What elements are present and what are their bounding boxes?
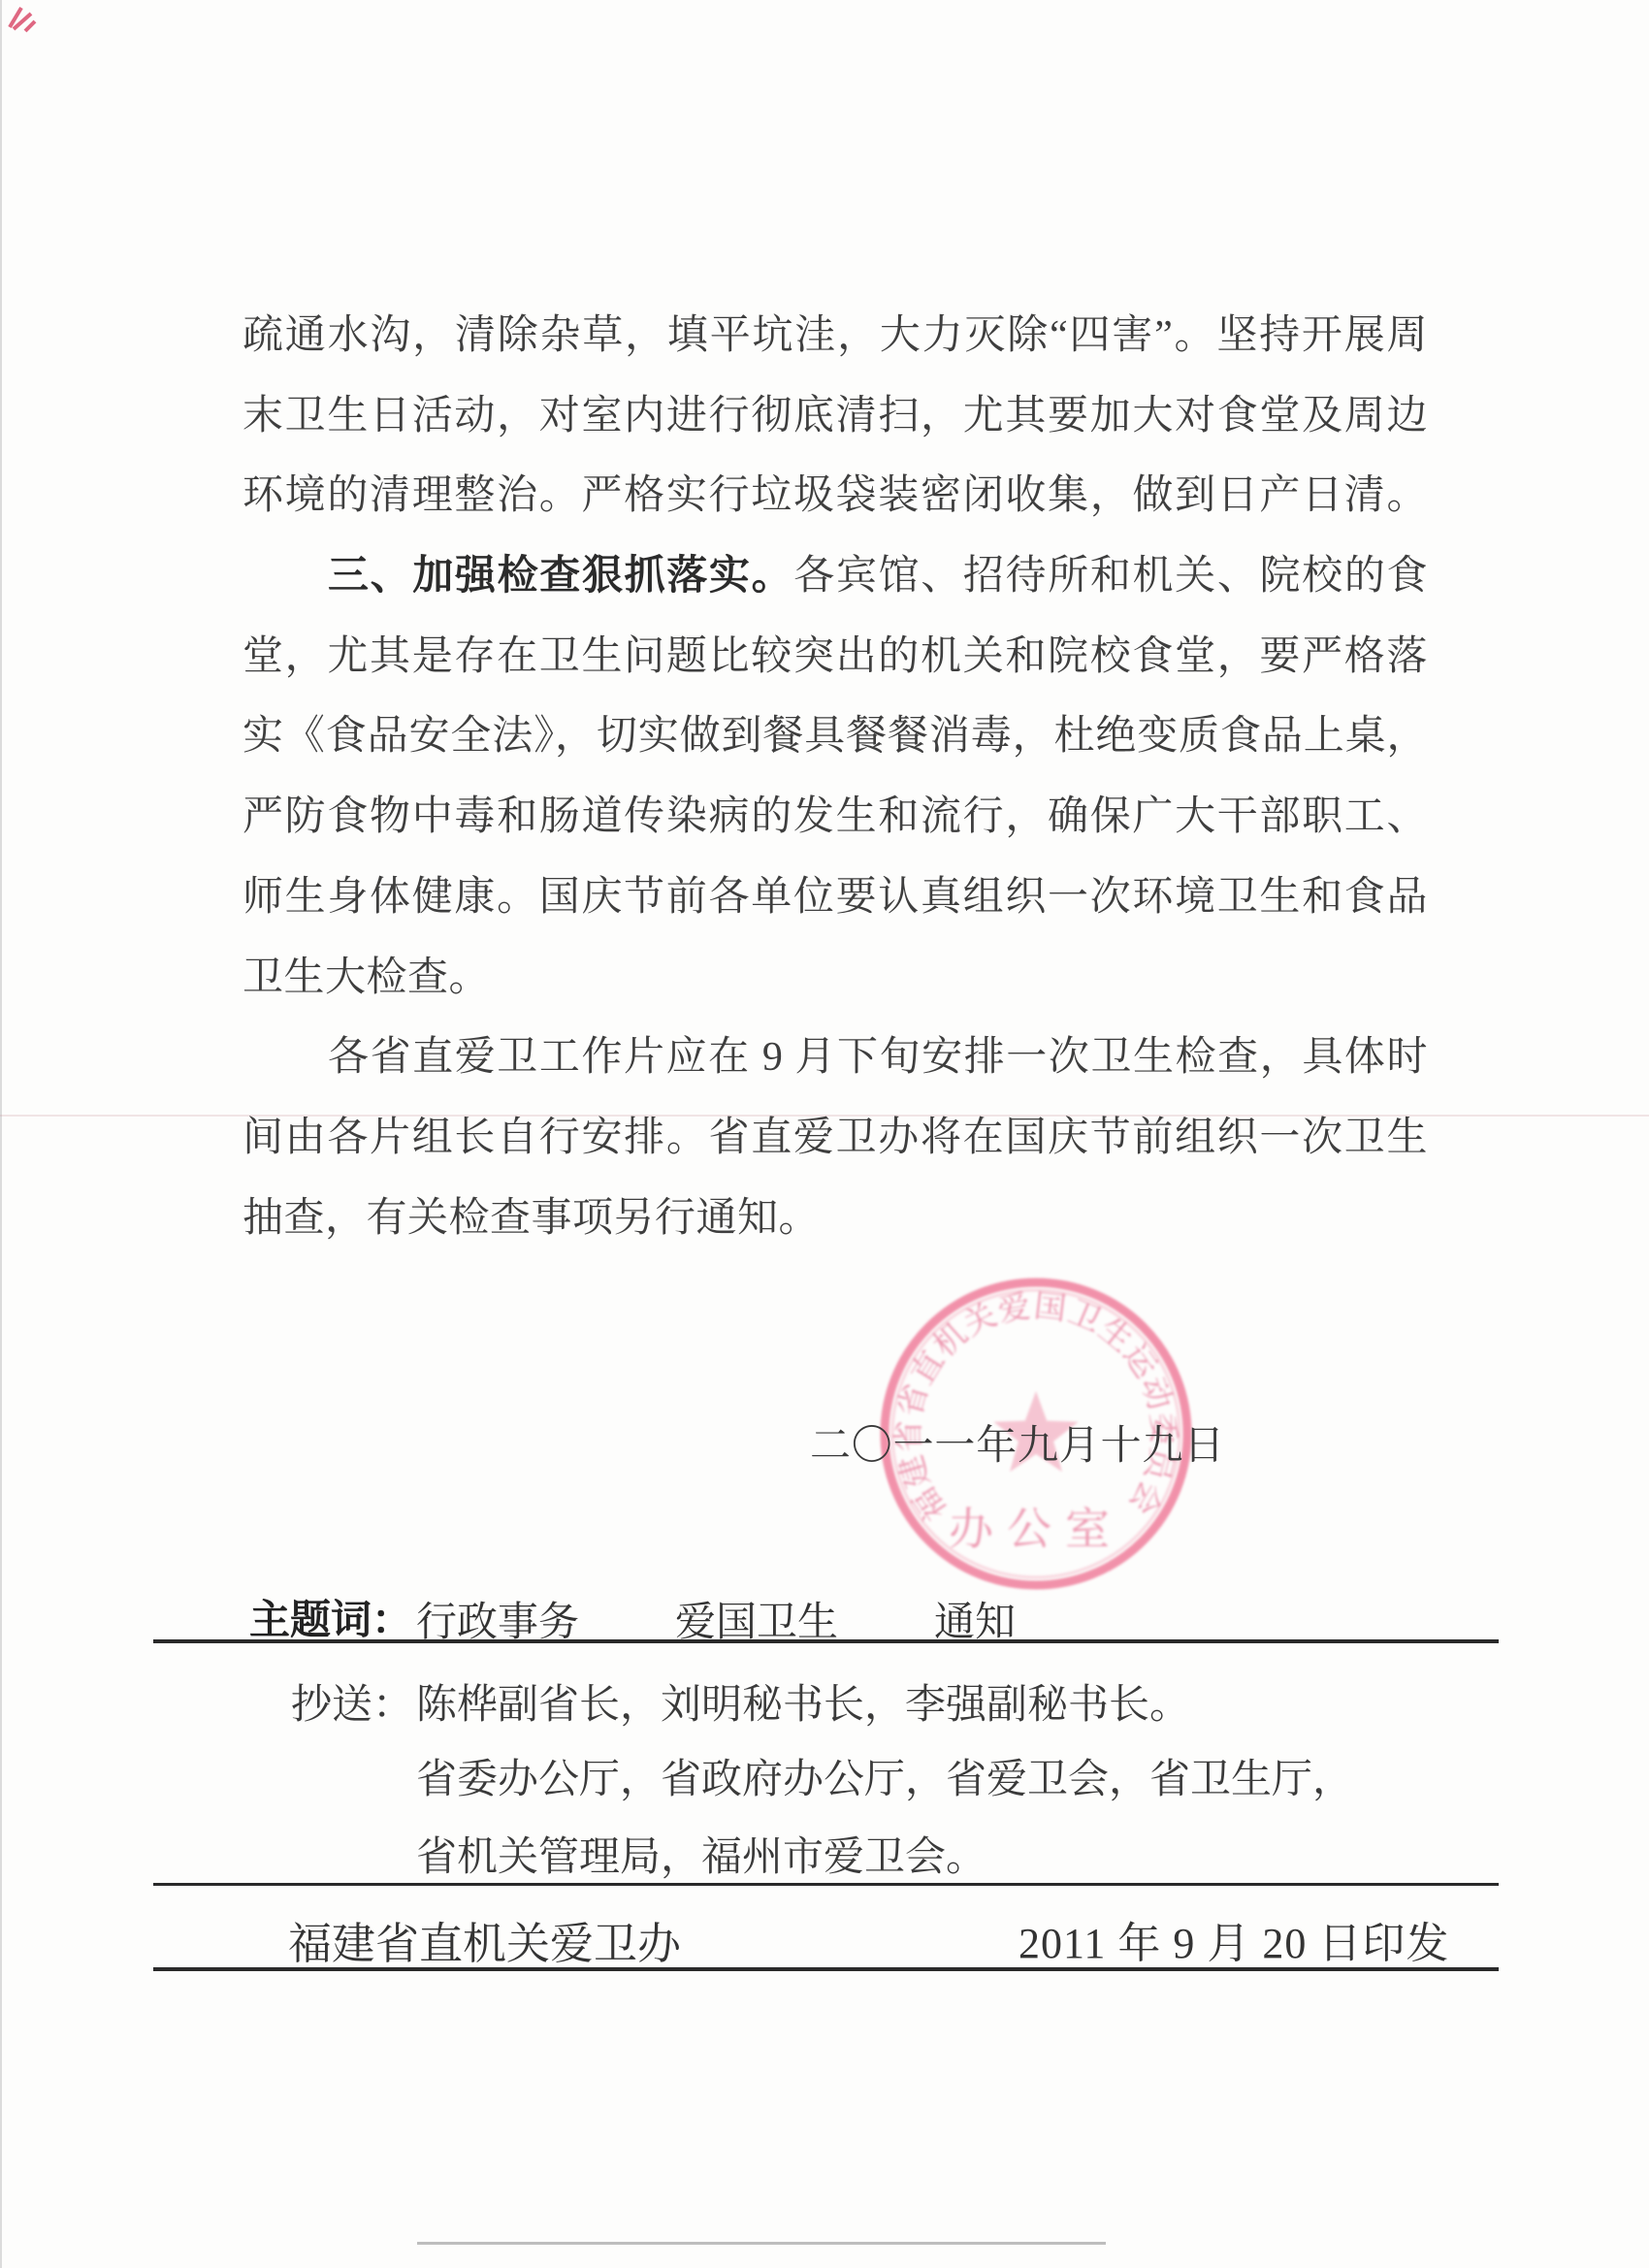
body-line: 各省直爱卫工作片应在 9 月下旬安排一次卫生检查，具体时 bbox=[242, 1018, 1428, 1098]
subject-keyword: 通知 bbox=[934, 1601, 1016, 1645]
section-heading-rest: 各宾馆、招待所和机关、院校的食 bbox=[793, 554, 1428, 599]
cc-line: 省机关管理局，福州市爱卫会。 bbox=[416, 1835, 986, 1880]
section-heading-bold: 三、加强检查狠抓落实。 bbox=[328, 554, 793, 599]
signature-date: 二〇一一年九月十九日 bbox=[810, 1424, 1225, 1469]
body-line-section-heading: 三、加强检查狠抓落实。各宾馆、招待所和机关、院校的食 bbox=[242, 536, 1428, 617]
seal-office-text: 办公室 bbox=[949, 1505, 1123, 1554]
scan-edge-artifact bbox=[0, 0, 2, 2268]
body-line: 卫生大检查。 bbox=[242, 938, 1428, 1019]
body-line: 间由各片组长自行安排。省直爱卫办将在国庆节前组织一次卫生 bbox=[242, 1098, 1428, 1179]
horizontal-rule bbox=[153, 1883, 1499, 1886]
subject-keyword: 爱国卫生 bbox=[675, 1601, 838, 1645]
body-line: 严防食物中毒和肠道传染病的发生和流行，确保广大干部职工、 bbox=[242, 777, 1428, 858]
body-line: 疏通水沟，清除杂草，填平坑洼，大力灭除“四害”。坚持开展周 bbox=[242, 296, 1428, 376]
cc-label: 抄送： bbox=[291, 1683, 413, 1728]
cc-line: 省委办公厅，省政府办公厅，省爱卫会，省卫生厅， bbox=[416, 1758, 1353, 1802]
red-ink-artifact bbox=[6, 4, 39, 33]
document-body: 疏通水沟，清除杂草，填平坑洼，大力灭除“四害”。坚持开展周 末卫生日活动，对室内… bbox=[242, 296, 1428, 1258]
body-line: 抽查，有关检查事项另行通知。 bbox=[242, 1179, 1428, 1259]
body-line: 实《食品安全法》，切实做到餐具餐餐消毒，杜绝变质食品上桌， bbox=[242, 697, 1428, 777]
body-line: 师生身体健康。国庆节前各单位要认真组织一次环境卫生和食品 bbox=[242, 858, 1428, 938]
subject-keyword: 行政事务 bbox=[416, 1601, 579, 1645]
body-line: 末卫生日活动，对室内进行彻底清扫，尤其要加大对食堂及周边 bbox=[242, 376, 1428, 457]
scan-bottom-line-artifact bbox=[417, 2242, 1106, 2245]
cc-line: 陈桦副省长，刘明秘书长，李强副秘书长。 bbox=[416, 1683, 1190, 1728]
horizontal-rule bbox=[153, 1967, 1499, 1971]
issuing-office: 福建省直机关爱卫办 bbox=[288, 1921, 681, 1969]
scanned-document-page: 疏通水沟，清除杂草，填平坑洼，大力灭除“四害”。坚持开展周 末卫生日活动，对室内… bbox=[0, 0, 1649, 2268]
subject-keywords-label: 主题词： bbox=[249, 1599, 412, 1643]
body-line: 堂，尤其是存在卫生问题比较突出的机关和院校食堂，要严格落 bbox=[242, 617, 1428, 697]
print-date: 2011 年 9 月 20 日印发 bbox=[1018, 1921, 1449, 1967]
body-line: 环境的清理整治。严格实行垃圾袋装密闭收集，做到日产日清。 bbox=[242, 456, 1428, 536]
